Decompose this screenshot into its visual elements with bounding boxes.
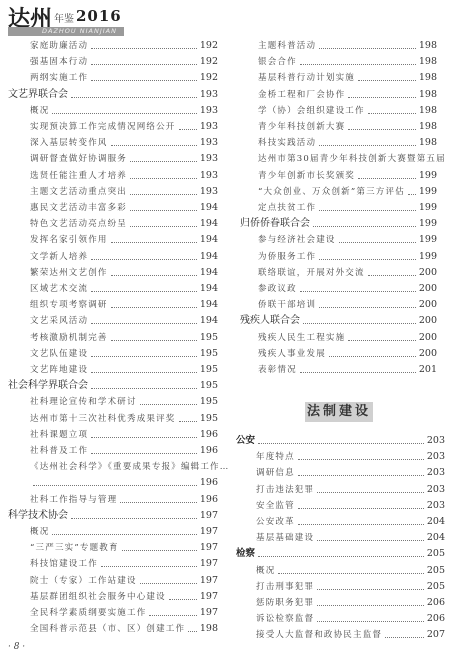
toc-entry[interactable]: 文艺队伍建设195 <box>30 347 218 361</box>
toc-entry[interactable]: 金桥工程和厂会协作198 <box>258 88 437 102</box>
toc-entry[interactable]: 青少年科技创新大赛198 <box>258 120 437 134</box>
toc-entry[interactable]: “大众创业、万众创新”第三方评估199 <box>258 185 437 199</box>
toc-entry[interactable]: 侨联干部培训200 <box>258 298 437 312</box>
dot-leader <box>91 388 197 389</box>
dot-leader <box>317 621 424 622</box>
toc-entry-label: 文艺队伍建设 <box>30 347 91 361</box>
toc-entry[interactable]: 科技实践活动198 <box>258 136 437 150</box>
dot-leader <box>278 573 423 574</box>
toc-entry-page: 193 <box>197 120 218 134</box>
toc-entry-page: 204 <box>424 531 445 545</box>
toc-entry-page: 199 <box>416 201 437 215</box>
toc-entry-label: 社科工作指导与管理 <box>30 493 120 507</box>
toc-entry-label: 参与经济社会建设 <box>258 233 339 247</box>
dot-leader <box>319 48 416 49</box>
dot-leader <box>91 64 197 65</box>
toc-entry-page: 198 <box>416 136 437 150</box>
toc-entry[interactable]: 社会科学界联合会195 <box>8 379 218 393</box>
dot-leader <box>300 291 416 292</box>
dot-leader <box>140 583 197 584</box>
toc-entry-label: 院士（专家）工作站建设 <box>30 574 140 588</box>
toc-entry[interactable]: 诉讼检察监督206 <box>256 612 445 626</box>
dot-leader <box>385 637 424 638</box>
toc-entry[interactable]: 家庭助廉活动192 <box>30 39 218 53</box>
toc-entry-page: 196 <box>197 428 218 442</box>
section-title-box: 法制建设 <box>305 402 373 422</box>
toc-entry[interactable]: 选贤任能注重人才培养193 <box>30 169 218 183</box>
toc-entry-label: 残疾人民生工程实施 <box>258 331 348 345</box>
toc-entry-page: 204 <box>424 515 445 529</box>
dot-leader <box>122 550 197 551</box>
toc-entry[interactable]: 学（协）会组织建设工作198 <box>258 104 437 118</box>
toc-entry-label: 文学新人培养 <box>30 250 91 264</box>
dot-leader <box>339 242 416 243</box>
dot-leader <box>179 129 197 130</box>
toc-entry-label: 科技馆建设工作 <box>30 557 101 571</box>
dot-leader <box>313 226 416 227</box>
dot-leader <box>368 113 416 114</box>
toc-entry-page: 196 <box>197 493 218 507</box>
toc-entry-label: 考核激励机制完善 <box>30 331 111 345</box>
toc-entry-label: 打击刑事犯罪 <box>256 580 317 594</box>
toc-entry-label: 调研信息 <box>256 466 298 480</box>
toc-entry-page: 197 <box>197 509 218 523</box>
toc-entry-label: 概况 <box>30 104 52 118</box>
toc-entry[interactable]: 院士（专家）工作站建设197 <box>30 574 218 588</box>
toc-entry[interactable]: 安全监管203 <box>256 499 445 513</box>
toc-entry-label: 惠民文艺活动丰富多彩 <box>30 201 130 215</box>
dot-leader <box>130 226 197 227</box>
toc-entry[interactable]: 深入基层转变作风193 <box>30 136 218 150</box>
dot-leader <box>188 631 197 632</box>
toc-entry[interactable]: 科学技术协会197 <box>8 509 218 523</box>
toc-entry-page: 205 <box>424 564 445 578</box>
toc-entry-page: 199 <box>416 185 437 199</box>
toc-entry[interactable]: 定点扶贫工作199 <box>258 201 437 215</box>
toc-entry-page: 195 <box>197 363 218 377</box>
toc-entry-label: 《达州社会科学》《重要成果专报》编辑工作… <box>30 460 232 474</box>
toc-entry[interactable]: 惩防职务犯罪206 <box>256 596 445 610</box>
toc-entry[interactable]: 概况205 <box>256 564 445 578</box>
toc-entry-label: 金桥工程和厂会协作 <box>258 88 348 102</box>
toc-entry[interactable]: 《达州社会科学》《重要成果专报》编辑工作… <box>30 460 218 474</box>
dot-leader <box>169 599 197 600</box>
page-number: · 8 · <box>8 642 25 652</box>
dot-leader <box>319 307 416 308</box>
toc-entry[interactable]: 公安改革204 <box>256 515 445 529</box>
toc-entry[interactable]: 文学新人培养194 <box>30 250 218 264</box>
toc-entry-page: 198 <box>416 120 437 134</box>
toc-entry[interactable]: 繁荣达州文艺创作194 <box>30 266 218 280</box>
toc-entry-page: 200 <box>416 298 437 312</box>
toc-entry-label: 定点扶贫工作 <box>258 201 319 215</box>
toc-entry-page: 192 <box>197 55 218 69</box>
toc-entry-label: 基层科普行动计划实施 <box>258 71 358 85</box>
toc-entry[interactable]: 归侨侨眷联合会199 <box>240 217 437 231</box>
dot-leader <box>348 129 416 130</box>
dot-leader <box>91 48 197 49</box>
toc-entry-page: 199 <box>416 217 437 231</box>
toc-entry-label: 社科理论宣传和学术研讨 <box>30 395 140 409</box>
toc-entry-page: 198 <box>197 622 218 636</box>
toc-entry-label: 深入基层转变作风 <box>30 136 111 150</box>
toc-entry[interactable]: 社科普及工作196 <box>30 444 218 458</box>
toc-entry-label: 主题文艺活动重点突出 <box>30 185 130 199</box>
dot-leader <box>348 340 416 341</box>
toc-entry-page: 195 <box>197 347 218 361</box>
toc-entry-label: 选贤任能注重人才培养 <box>30 169 130 183</box>
toc-entry-page: 198 <box>416 55 437 69</box>
toc-entry-page: 203 <box>424 483 445 497</box>
header-pinyin: DAZHOU NIANJIAN <box>42 27 117 36</box>
toc-entry-page: 197 <box>197 557 218 571</box>
toc-entry-label: 侨联干部培训 <box>258 298 319 312</box>
header-year: 2016 <box>76 7 122 25</box>
toc-entry-label: 参政议政 <box>258 282 300 296</box>
toc-entry[interactable]: 惠民文艺活动丰富多彩194 <box>30 201 218 215</box>
dot-leader <box>358 80 416 81</box>
toc-entry[interactable]: 参与经济社会建设199 <box>258 233 437 247</box>
toc-entry-page: 193 <box>197 136 218 150</box>
toc-entry[interactable]: 区域艺术交流194 <box>30 282 218 296</box>
toc-entry[interactable]: 年度特点203 <box>256 450 445 464</box>
toc-entry-page: 196 <box>197 476 218 490</box>
toc-entry-label: 区域艺术交流 <box>30 282 91 296</box>
toc-entry[interactable]: 实现预决算工作完成情况网络公开193 <box>30 120 218 134</box>
toc-entry[interactable]: 强基固本行动192 <box>30 55 218 69</box>
toc-entry[interactable]: 文艺阵地建设195 <box>30 363 218 377</box>
dot-leader <box>300 372 416 373</box>
dot-leader <box>179 421 197 422</box>
toc-entry[interactable]: 全国科普示范县（市、区）创建工作198 <box>30 622 218 636</box>
toc-entry-label: 归侨侨眷联合会 <box>240 217 313 231</box>
toc-entry-label: 为侨服务工作 <box>258 250 319 264</box>
toc-entry[interactable]: 残疾人事业发展200 <box>258 347 437 361</box>
toc-entry[interactable]: 主题科普活动198 <box>258 39 437 53</box>
toc-entry-page: 192 <box>197 39 218 53</box>
dot-leader <box>149 615 196 616</box>
toc-entry[interactable]: 社科理论宣传和学术研讨195 <box>30 395 218 409</box>
dot-leader <box>348 97 416 98</box>
dot-leader <box>408 194 416 195</box>
toc-entry[interactable]: 两纲实施工作192 <box>30 71 218 85</box>
toc-entry[interactable]: 表彰情况201 <box>258 363 437 377</box>
toc-entry[interactable]: 调研督查做好协调服务193 <box>30 152 218 166</box>
dot-leader <box>52 534 196 535</box>
toc-entry[interactable]: 特色文艺活动亮点纷呈194 <box>30 217 218 231</box>
toc-entry-page: 194 <box>197 201 218 215</box>
toc-entry-label: 特色文艺活动亮点纷呈 <box>30 217 130 231</box>
dot-leader <box>101 566 197 567</box>
toc-entry[interactable]: 196 <box>30 476 218 490</box>
dot-leader <box>358 178 416 179</box>
toc-entry[interactable]: 调研信息203 <box>256 466 445 480</box>
toc-entry[interactable]: 检察205 <box>236 547 445 561</box>
toc-entry-label: 文艺阵地建设 <box>30 363 91 377</box>
toc-entry-label: 科技实践活动 <box>258 136 319 150</box>
dot-leader <box>71 518 197 519</box>
dot-leader <box>317 605 424 606</box>
toc-entry-page: 197 <box>197 590 218 604</box>
toc-entry[interactable]: 文艺界联合会193 <box>8 88 218 102</box>
toc-entry-page: 205 <box>424 547 445 561</box>
toc-entry[interactable]: 打击违法犯罪203 <box>256 483 445 497</box>
dot-leader <box>140 404 197 405</box>
toc-entry[interactable]: 公安203 <box>236 434 445 448</box>
toc-entry-page: 194 <box>197 266 218 280</box>
toc-entry-page: 199 <box>416 233 437 247</box>
dot-leader <box>300 64 416 65</box>
toc-entry-label: 主题科普活动 <box>258 39 319 53</box>
toc-entry[interactable]: 文艺采风活动194 <box>30 314 218 328</box>
toc-entry-page: 200 <box>416 282 437 296</box>
toc-entry-label: 全国科普示范县（市、区）创建工作 <box>30 622 188 636</box>
toc-entry-label: 青少年科技创新大赛 <box>258 120 348 134</box>
toc-entry-label: 强基固本行动 <box>30 55 91 69</box>
toc-entry[interactable]: 科技馆建设工作197 <box>30 557 218 571</box>
toc-entry-page: 197 <box>197 541 218 555</box>
toc-entry-label: 联络联谊，开展对外交流 <box>258 266 368 280</box>
dot-leader <box>91 437 197 438</box>
toc-entry-page: 201 <box>416 363 437 377</box>
toc-entry-page: 195 <box>197 395 218 409</box>
toc-entry-label: 银会合作 <box>258 55 300 69</box>
toc-entry-page: 194 <box>197 314 218 328</box>
dot-leader <box>91 453 197 454</box>
toc-entry[interactable]: 主题文艺活动重点突出193 <box>30 185 218 199</box>
toc-entry-page: 197 <box>197 525 218 539</box>
toc-entry-label: 繁荣达州文艺创作 <box>30 266 111 280</box>
toc-entry-label: 调研督查做好协调服务 <box>30 152 130 166</box>
toc-entry[interactable]: 达州市第30届青少年科技创新大赛暨第五届 <box>258 152 437 166</box>
toc-entry-label: 表彰情况 <box>258 363 300 377</box>
toc-entry-page: 193 <box>197 169 218 183</box>
toc-entry-label: 达州市第30届青少年科技创新大赛暨第五届 <box>258 152 449 166</box>
dot-leader <box>317 589 424 590</box>
toc-entry[interactable]: 基层基础建设204 <box>256 531 445 545</box>
toc-entry-page: 207 <box>424 628 445 642</box>
dot-leader <box>111 242 197 243</box>
toc-entry-label: 惩防职务犯罪 <box>256 596 317 610</box>
toc-entry-page: 198 <box>416 88 437 102</box>
toc-entry[interactable]: 概况197 <box>30 525 218 539</box>
toc-entry-label: 接受人大监督和政协民主监督 <box>256 628 385 642</box>
dot-leader <box>298 508 424 509</box>
dot-leader <box>120 502 197 503</box>
toc-entry[interactable]: 打击刑事犯罪205 <box>256 580 445 594</box>
dot-leader <box>319 145 416 146</box>
toc-entry[interactable]: 基层科普行动计划实施198 <box>258 71 437 85</box>
toc-entry[interactable]: 概况193 <box>30 104 218 118</box>
dot-leader <box>91 291 197 292</box>
dot-leader <box>111 340 197 341</box>
toc-entry-label: 检察 <box>236 547 258 561</box>
toc-entry-page: 205 <box>424 580 445 594</box>
toc-entry-page: 198 <box>416 39 437 53</box>
toc-entry[interactable]: 残疾人联合会200 <box>240 314 437 328</box>
dot-leader <box>111 275 197 276</box>
dot-leader <box>298 459 424 460</box>
dot-leader <box>91 372 197 373</box>
toc-entry[interactable]: 参政议政200 <box>258 282 437 296</box>
dot-leader <box>303 323 416 324</box>
toc-entry-page: 206 <box>424 612 445 626</box>
dot-leader <box>319 210 416 211</box>
toc-entry[interactable]: 为侨服务工作199 <box>258 250 437 264</box>
toc-entry-page: 194 <box>197 233 218 247</box>
toc-entry-label: 文艺界联合会 <box>8 88 71 102</box>
toc-entry-label: 诉讼检察监督 <box>256 612 317 626</box>
toc-entry-page: 200 <box>416 347 437 361</box>
toc-entry-label: 打击违法犯罪 <box>256 483 317 497</box>
dot-leader <box>91 259 197 260</box>
dot-leader <box>91 356 197 357</box>
toc-entry-label: 社科普及工作 <box>30 444 91 458</box>
toc-entry-page: 200 <box>416 266 437 280</box>
dot-leader <box>319 259 416 260</box>
toc-entry-page: 203 <box>424 466 445 480</box>
toc-entry-page: 194 <box>197 298 218 312</box>
toc-entry-label: 家庭助廉活动 <box>30 39 91 53</box>
toc-entry-page: 195 <box>197 331 218 345</box>
toc-entry-page: 203 <box>424 499 445 513</box>
toc-entry-page: 198 <box>416 104 437 118</box>
dot-leader <box>258 443 424 444</box>
toc-entry[interactable]: 青少年创新市长奖颁奖199 <box>258 169 437 183</box>
toc-entry[interactable]: 发挥名家引领作用194 <box>30 233 218 247</box>
dot-leader <box>91 80 197 81</box>
toc-entry-label: 残疾人事业发展 <box>258 347 329 361</box>
dot-leader <box>317 492 424 493</box>
dot-leader <box>111 145 197 146</box>
toc-entry-label: 基层群团组织社会服务中心建设 <box>30 590 169 604</box>
toc-entry[interactable]: 联络联谊，开展对外交流200 <box>258 266 437 280</box>
toc-entry-page: 197 <box>197 574 218 588</box>
toc-entry[interactable]: “三严三实”专题教育197 <box>30 541 218 555</box>
dot-leader <box>298 475 424 476</box>
yearbook-header: 达州 年鉴 2016 DAZHOU NIANJIAN <box>8 2 128 38</box>
toc-entry[interactable]: 接受人大监督和政协民主监督207 <box>256 628 445 642</box>
toc-entry-page: 192 <box>197 71 218 85</box>
toc-entry[interactable]: 组织专项考察调研194 <box>30 298 218 312</box>
toc-entry-page: 198 <box>416 71 437 85</box>
toc-entry-label: 社科课题立项 <box>30 428 91 442</box>
toc-entry-label: 文艺采风活动 <box>30 314 91 328</box>
toc-entry-label: 公安改革 <box>256 515 298 529</box>
toc-entry-label: 年度特点 <box>256 450 298 464</box>
toc-entry-label: “大众创业、万众创新”第三方评估 <box>258 185 408 199</box>
toc-entry-label: 科学技术协会 <box>8 509 71 523</box>
dot-leader <box>91 323 197 324</box>
toc-entry-page: 193 <box>197 185 218 199</box>
toc-entry-label: 发挥名家引领作用 <box>30 233 111 247</box>
dot-leader <box>258 556 424 557</box>
dot-leader <box>317 540 424 541</box>
dot-leader <box>368 275 416 276</box>
dot-leader <box>298 524 424 525</box>
toc-entry-label: 达州市第十三次社科优秀成果评奖 <box>30 412 179 426</box>
toc-entry[interactable]: 社科课题立项196 <box>30 428 218 442</box>
toc-entry-label: 安全监管 <box>256 499 298 513</box>
dot-leader <box>130 194 197 195</box>
toc-entry-label: 公安 <box>236 434 258 448</box>
toc-entry[interactable]: 全民科学素质纲要实施工作197 <box>30 606 218 620</box>
toc-entry-label: 两纲实施工作 <box>30 71 91 85</box>
toc-entry-page: 195 <box>197 379 218 393</box>
dot-leader <box>111 307 197 308</box>
toc-entry-page: 197 <box>197 606 218 620</box>
toc-entry-page: 193 <box>197 104 218 118</box>
toc-entry-page: 194 <box>197 250 218 264</box>
toc-entry-label: 概况 <box>256 564 278 578</box>
dot-leader <box>33 485 197 486</box>
toc-entry-label: 组织专项考察调研 <box>30 298 111 312</box>
dot-leader <box>130 161 197 162</box>
toc-entry-label: 实现预决算工作完成情况网络公开 <box>30 120 179 134</box>
toc-entry-label: 学（协）会组织建设工作 <box>258 104 368 118</box>
dot-leader <box>71 97 197 98</box>
toc-entry-page: 195 <box>197 412 218 426</box>
toc-entry-page: 203 <box>424 450 445 464</box>
toc-entry-page: 194 <box>197 217 218 231</box>
toc-entry-page: 199 <box>416 250 437 264</box>
toc-entry[interactable]: 达州市第十三次社科优秀成果评奖195 <box>30 412 218 426</box>
dot-leader <box>130 210 197 211</box>
toc-entry-label: 青少年创新市长奖颁奖 <box>258 169 358 183</box>
toc-entry-page: 200 <box>416 331 437 345</box>
toc-entry-page: 193 <box>197 152 218 166</box>
dot-leader <box>52 113 196 114</box>
toc-entry-page: 193 <box>197 88 218 102</box>
toc-entry[interactable]: 考核激励机制完善195 <box>30 331 218 345</box>
toc-entry-page: 203 <box>424 434 445 448</box>
toc-entry-label: 概况 <box>30 525 52 539</box>
dot-leader <box>130 178 197 179</box>
toc-entry[interactable]: 银会合作198 <box>258 55 437 69</box>
toc-entry-label: 社会科学界联合会 <box>8 379 91 393</box>
toc-entry-label: 全民科学素质纲要实施工作 <box>30 606 149 620</box>
toc-entry-page: 199 <box>416 169 437 183</box>
toc-entry-page: 206 <box>424 596 445 610</box>
toc-entry[interactable]: 基层群团组织社会服务中心建设197 <box>30 590 218 604</box>
header-subtitle: 年鉴 <box>54 10 74 25</box>
toc-entry-page: 200 <box>416 314 437 328</box>
toc-entry-label: 残疾人联合会 <box>240 314 303 328</box>
toc-entry-label: “三严三实”专题教育 <box>30 541 122 555</box>
toc-entry[interactable]: 残疾人民生工程实施200 <box>258 331 437 345</box>
toc-entry-page: 194 <box>197 282 218 296</box>
toc-entry-label: 基层基础建设 <box>256 531 317 545</box>
toc-entry[interactable]: 社科工作指导与管理196 <box>30 493 218 507</box>
toc-entry-page: 196 <box>197 444 218 458</box>
dot-leader <box>329 356 416 357</box>
